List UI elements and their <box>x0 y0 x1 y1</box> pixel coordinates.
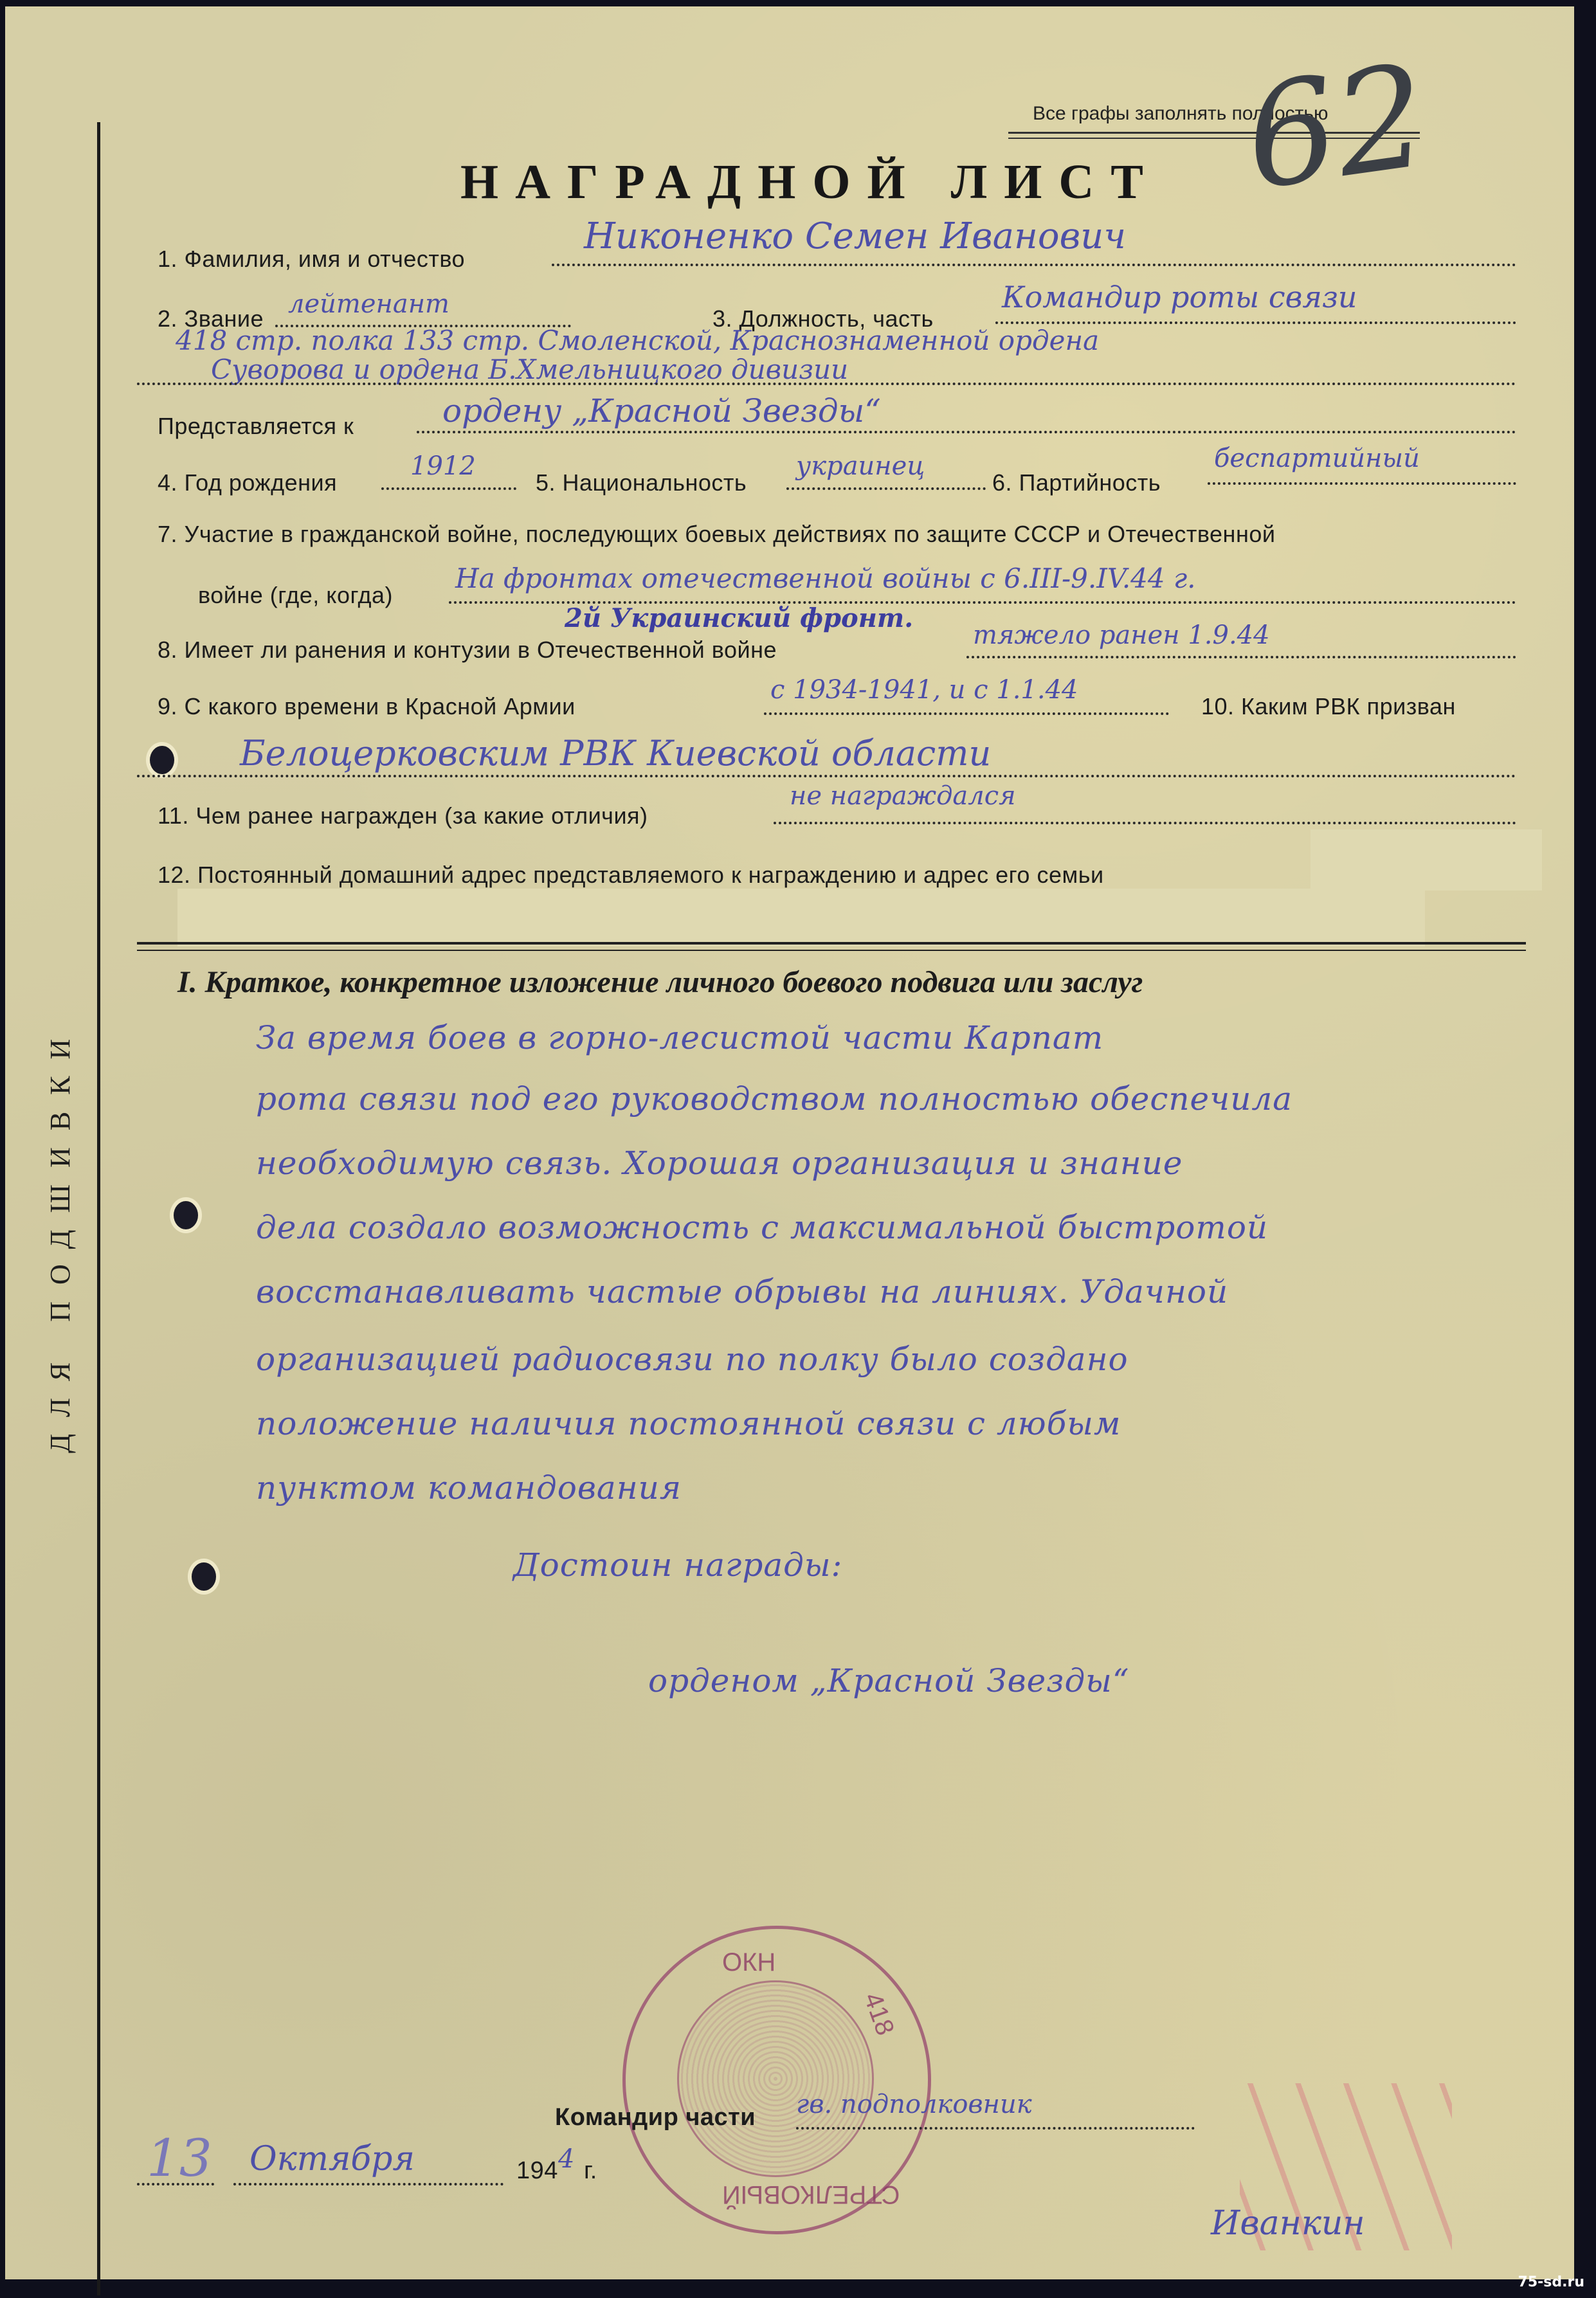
field-6-label: 6. Партийность <box>992 469 1161 496</box>
date-day[interactable]: 13 <box>147 2128 212 2188</box>
signature: Иванкин <box>1211 2204 1365 2243</box>
field-8-value[interactable]: тяжело ранен 1.9.44 <box>973 620 1270 650</box>
field-2-value[interactable]: лейтенант <box>288 289 449 319</box>
stamp-number: 418 <box>858 1989 900 2039</box>
field-11-value[interactable]: не награждался <box>790 781 1016 811</box>
field-4-label: 4. Год рождения <box>158 469 337 496</box>
section-1-heading: I. Краткое, конкретное изложение личного… <box>177 964 1143 1000</box>
narrative-award: орденом „Красной Звезды“ <box>648 1662 1129 1699</box>
field-7-value-line2[interactable]: 2й Украинский фронт. <box>565 603 913 633</box>
field-9-value[interactable]: с 1934-1941, и с 1.1.44 <box>770 675 1078 705</box>
punch-hole-icon <box>192 1562 216 1591</box>
stamp-emblem-icon <box>677 1980 874 2177</box>
field-4-line <box>381 487 516 490</box>
stamp-text-top: ОКН <box>722 1948 775 1977</box>
narrative-conclusion: Достоин награды: <box>513 1546 842 1584</box>
stamp-text-bottom: СТРЕЛКОВЫЙ <box>722 2180 900 2209</box>
field-6-line <box>1208 482 1516 485</box>
punch-hole-icon <box>174 1201 198 1229</box>
field-10-value[interactable]: Белоцерковским РВК Киевской области <box>240 733 991 774</box>
redaction-block-address <box>177 889 1425 946</box>
date-year-suffix[interactable]: 4 <box>558 2144 574 2174</box>
date-day-line <box>137 2183 214 2185</box>
field-7-label-line1: 7. Участие в гражданской войне, последую… <box>158 521 1275 548</box>
field-8-label: 8. Имеет ли ранения и контузии в Отечест… <box>158 637 777 664</box>
field-9-line <box>764 712 1169 715</box>
redaction-block <box>1310 829 1542 891</box>
narrative-line: дела создало возможность с максимальной … <box>256 1209 1268 1246</box>
field-5-value[interactable]: украинец <box>796 451 925 481</box>
field-3-line-2 <box>137 383 1516 385</box>
field-10-label: 10. Каким РВК призван <box>1201 693 1456 720</box>
field-9-label: 9. С какого времени в Красной Армии <box>158 693 576 720</box>
field-8-line <box>966 656 1516 658</box>
field-7-label-line2: войне (где, когда) <box>198 582 393 609</box>
award-sheet-paper: ДЛЯ ПОДШИВКИ Все графы заполнять полност… <box>5 6 1574 2279</box>
field-10-line <box>137 775 1516 777</box>
date-month[interactable]: Октября <box>249 2140 415 2178</box>
field-11-label: 11. Чем ранее награжден (за какие отличи… <box>158 802 648 829</box>
official-stamp-icon: ОКН 418 СТРЕЛКОВЫЙ <box>622 1926 931 2234</box>
date-month-line <box>233 2183 503 2185</box>
binding-margin-label: ДЛЯ ПОДШИВКИ <box>44 1022 77 1453</box>
binding-margin-rule <box>97 122 100 2295</box>
field-5-line <box>786 487 986 490</box>
sheet-number-handwritten: 62 <box>1236 33 1437 221</box>
field-6-value[interactable]: беспартийный <box>1214 444 1420 473</box>
source-watermark: 75-sd.ru <box>1518 2274 1584 2290</box>
commander-line <box>796 2127 1195 2130</box>
commander-label: Командир части <box>555 2104 756 2131</box>
field-11-line <box>774 822 1516 824</box>
nominated-label: Представляется к <box>158 413 354 440</box>
punch-hole-icon <box>150 746 174 774</box>
field-1-line <box>552 264 1516 266</box>
narrative-line: положение наличия постоянной связи с люб… <box>256 1405 1121 1442</box>
field-3-value-line1[interactable]: Командир роты связи <box>1002 280 1357 314</box>
narrative-line: рота связи под его руководством полность… <box>256 1080 1292 1117</box>
commander-rank[interactable]: гв. подполковник <box>796 2090 1032 2119</box>
narrative-line: пунктом командования <box>256 1469 682 1506</box>
section-divider <box>137 942 1526 951</box>
field-1-label: 1. Фамилия, имя и отчество <box>158 246 465 273</box>
field-3-value-line3[interactable]: Суворова и ордена Б.Хмельницкого дивизии <box>211 354 848 385</box>
field-3-value-line2[interactable]: 418 стр. полка 133 стр. Смоленской, Крас… <box>176 325 1099 356</box>
field-12-label: 12. Постоянный домашний адрес представля… <box>158 862 1104 889</box>
narrative-line: За время боев в горно-лесистой части Кар… <box>256 1019 1103 1056</box>
nominated-line <box>417 431 1516 433</box>
field-1-value[interactable]: Никоненко Семен Иванович <box>584 215 1126 257</box>
field-7-value-line1[interactable]: На фронтах отечественной войны с 6.III-9… <box>455 563 1196 594</box>
narrative-line: организацией радиосвязи по полку было со… <box>256 1341 1129 1378</box>
field-5-label: 5. Национальность <box>536 469 747 496</box>
date-year-unit: г. <box>584 2157 597 2185</box>
nominated-value[interactable]: ордену „Красной Звезды“ <box>442 392 881 430</box>
field-4-value[interactable]: 1912 <box>410 451 476 481</box>
page-title: НАГРАДНОЙ ЛИСТ <box>460 154 1160 210</box>
narrative-line: восстанавливать частые обрывы на линиях.… <box>256 1273 1228 1310</box>
field-3-line <box>995 321 1516 324</box>
date-year-prefix: 194 <box>516 2157 558 2185</box>
narrative-line: необходимую связь. Хорошая организация и… <box>256 1144 1183 1182</box>
